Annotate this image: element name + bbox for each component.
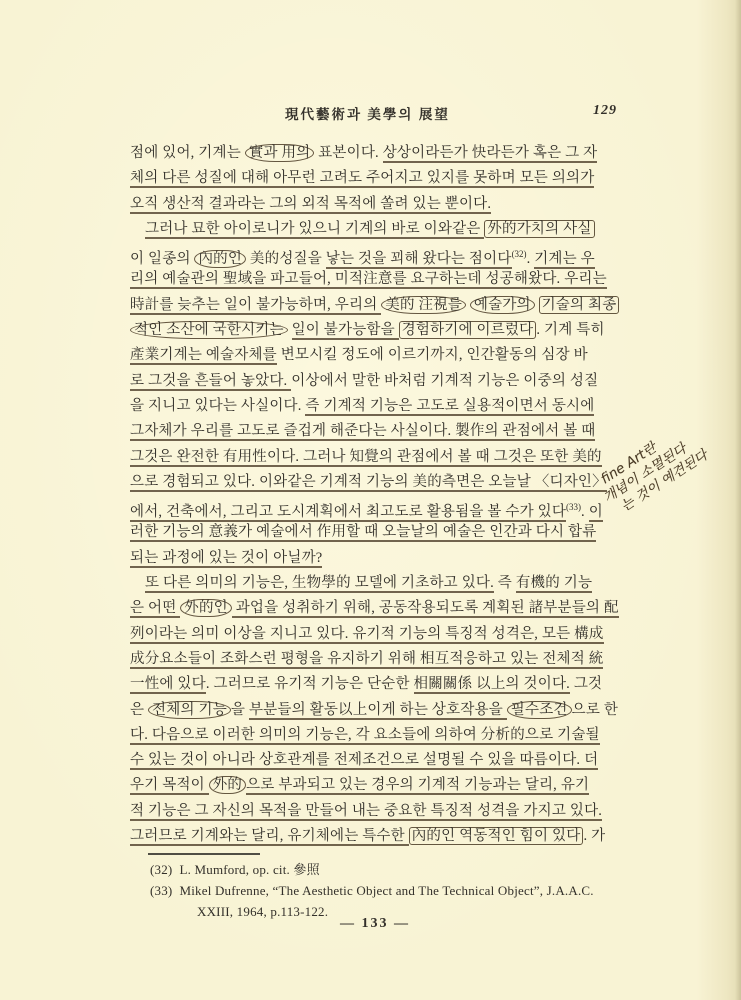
pen-boxed-text: 外的가치의 사실 — [484, 220, 594, 238]
footnote-divider — [148, 853, 260, 855]
pen-underlined-text: 즉 기계적 기능은 고도로 실용적이면서 동시에 — [305, 398, 594, 416]
pen-underlined-text: 일이 불가능함을 — [292, 322, 399, 340]
text-line: 時計를 늦추는 일이 불가능하며, 우리의 美的 注視를 예술가의 기술의 최종 — [130, 293, 622, 318]
footnote-label: (33) — [150, 883, 172, 898]
pen-underlined-text: 相關關係 以上의 것이다. — [414, 676, 571, 694]
text-segment: 즉 — [494, 575, 516, 591]
text-line: 이 일종의 內的인 美的성질을 낳는 것을 꾀해 왔다는 점이다(32). 기계… — [130, 242, 622, 267]
text-segment — [288, 322, 292, 338]
text-line: 一性에 있다. 그러므로 유기적 기능은 단순한 相關關係 以上의 것이다. 그… — [130, 672, 622, 697]
pen-underlined-text: 적 기능은 그 자신의 목적을 만들어 내는 중요한 특징적 성격을 가지고 있… — [130, 803, 602, 821]
pen-underlined-text: 時計를 늦추는 일이 불가능하며, 우리의 — [130, 297, 381, 315]
footnotes: (32)L. Mumford, op. cit. 參照(33)Mikel Duf… — [150, 859, 620, 922]
pen-underlined-text: 다. 다음으로 이러한 의미의 기능은, 각 요소들에 의하여 分析的으로 기술… — [130, 727, 600, 745]
pen-circled-text: 實과 用의 — [245, 144, 315, 162]
pen-underlined-text: 기계는 우 — [534, 251, 595, 269]
text-line: 체의 다른 성질에 대해 아무런 고려도 주어지고 있지를 못하며 모든 의의가 — [130, 166, 622, 191]
text-line: 리의 예술관의 聖域을 파고들어, 미적注意를 요구하는데 성공해왔다. 우리는 — [130, 267, 622, 292]
text-line: 에서, 건축에서, 그리고 도시계획에서 최고도로 활용됨을 볼 수가 있다(3… — [130, 495, 622, 520]
text-line: 되는 과정에 있는 것이 아닐까? — [130, 546, 622, 571]
text-line: 적 기능은 그 자신의 목적을 만들어 내는 중요한 특징적 성격을 가지고 있… — [130, 799, 622, 824]
text-segment: . 가 — [583, 828, 605, 844]
page-number-top: 129 — [593, 103, 617, 119]
pen-underlined-text: 그자체가 우리를 고도로 즐겁게 해준다는 사실이다. 製作의 관점에서 볼 때 — [130, 423, 595, 441]
footnote-item: (33)Mikel Dufrenne, “The Aesthetic Objec… — [150, 880, 620, 901]
text-line: 우기 목적이 外的으로 부과되고 있는 경우의 기계적 기능과는 달리, 유기 — [130, 773, 622, 798]
text-line: 產業기계는 예술자체를 변모시킬 정도에 이르기까지, 인간활동의 심장 바 — [130, 343, 622, 368]
pen-underlined-text: 리의 예술관의 聖域을 파고들어, 미적注意를 요구하는데 성공해왔다. 우리는 — [130, 271, 607, 289]
pen-underlined-text: 으로 부과되고 있는 경우의 기계적 기능과는 달리, 유기 — [246, 777, 589, 795]
pen-underlined-text: 으로 경험되고 있다. 이와같은 기계적 기능의 美的측면은 오늘날 〈디자인〉 — [130, 474, 607, 492]
pen-circled-text: 예술가의 — [470, 296, 535, 314]
footnote-ref: (32) — [512, 249, 527, 259]
footnote-item: (32)L. Mumford, op. cit. 參照 — [150, 859, 620, 880]
pen-boxed-text: 기술의 최종 — [539, 296, 620, 314]
pen-circled-text: 美的 注視를 — [381, 296, 466, 314]
pen-underlined-text: 러한 기능의 意義가 예술에서 作用할 때 오늘날의 예술은 인간과 다시 합류 — [130, 524, 596, 542]
pen-circled-text: 적인 소산에 국한시키는 — [130, 321, 288, 339]
body-text: 점에 있어, 기계는 實과 用의 표본이다. 상상이라든가 快라든가 혹은 그 … — [130, 141, 622, 849]
text-segment: . — [581, 504, 589, 520]
text-line: 그러나 묘한 아이로니가 있으니 기계의 바로 이와같은 外的가치의 사실 — [130, 217, 622, 242]
text-line: 그러므로 기계와는 달리, 유기체에는 특수한 內的인 역동적인 힘이 있다. … — [130, 824, 622, 849]
pen-underlined-text: 에서, 건축에서, 그리고 도시계획에서 최고도로 활용됨을 볼 수가 있다 — [130, 504, 566, 522]
pen-underlined-text: 상상이라든가 快라든가 혹은 그 자 — [383, 145, 598, 163]
text-segment: 표본이다. — [314, 145, 382, 161]
pen-underlined-text: 은 어떤 — [130, 600, 180, 618]
text-line: 점에 있어, 기계는 實과 用의 표본이다. 상상이라든가 快라든가 혹은 그 … — [130, 141, 622, 166]
footnote-text: L. Mumford, op. cit. 參照 — [179, 862, 319, 877]
pen-boxed-text: 경험하기에 이르렀다 — [399, 321, 537, 339]
text-line: 러한 기능의 意義가 예술에서 作用할 때 오늘날의 예술은 인간과 다시 합류 — [130, 520, 622, 545]
pen-underlined-text: 成分요소들이 조화스런 평형을 유지하기 위해 相互적응하고 있는 전체적 統 — [130, 651, 603, 669]
text-line: 은 전체의 기능을 부분들의 활동以上이게 하는 상호작용을 필수조건으로 한 — [130, 698, 622, 723]
text-line: 수 있는 것이 아니라 상호관계를 전제조건으로 설명될 수 있을 따름이다. … — [130, 748, 622, 773]
page-header: 現代藝術과 美學의 展望 129 — [130, 103, 617, 123]
text-line: 오직 생산적 결과라는 그의 외적 목적에 쏠려 있는 뿐이다. — [130, 192, 622, 217]
text-segment: . 기계 특히 — [536, 322, 604, 338]
text-line: 적인 소산에 국한시키는 일이 불가능함을 경험하기에 이르렀다. 기계 특히 — [130, 318, 622, 343]
text-line: 그자체가 우리를 고도로 즐겁게 해준다는 사실이다. 製作의 관점에서 볼 때 — [130, 419, 622, 444]
text-segment: . 그러므로 유기적 기능은 단순한 — [206, 676, 414, 692]
pen-circled-text: 內的인 — [194, 250, 246, 268]
text-segment: 그것 — [570, 676, 602, 692]
pen-underlined-text: 우기 목적이 — [130, 777, 209, 795]
pen-underlined-text: 그러나 묘한 아이로니가 있으니 기계의 바로 이와같은 — [145, 221, 484, 239]
scanned-page: 現代藝術과 美學의 展望 129 점에 있어, 기계는 實과 用의 표본이다. … — [0, 0, 741, 1000]
pen-underlined-text: 產業기계는 예술자체를 — [130, 347, 277, 365]
pen-underlined-text: 되는 과정에 있는 것이 아닐까? — [130, 550, 322, 568]
pen-underlined-text: 이 — [589, 504, 603, 522]
pen-underlined-text: 체의 다른 성질에 대해 아무런 고려도 주어지고 있지를 못하며 모든 의의가 — [130, 170, 594, 188]
text-line: 을 지니고 있다는 사실이다. 즉 기계적 기능은 고도로 실용적이면서 동시에 — [130, 394, 622, 419]
pen-underlined-text: 오직 생산적 결과라는 그의 외적 목적에 쏠려 있는 뿐이다. — [130, 196, 491, 214]
text-line: 그것은 완전한 有用性이다. 그러나 知覺의 관점에서 볼 때 그것은 또한 美… — [130, 445, 622, 470]
pen-circled-text: 外的인 — [180, 599, 232, 617]
text-segment: 으로 한 — [572, 702, 618, 718]
text-segment: 이 일종의 — [130, 251, 194, 267]
pen-underlined-text: 列이라는 의미 이상을 지니고 있다. 유기적 기능의 특징적 성격은, 모든 … — [130, 626, 604, 644]
footnote-ref: (33) — [566, 502, 581, 512]
pen-underlined-text: 과업을 성취하기 위해, 공동작용되도록 계획된 諸부분들의 配 — [232, 600, 619, 618]
pen-boxed-text: 內的인 역동적인 힘이 있다 — [409, 827, 584, 845]
text-segment: 을 — [231, 702, 249, 718]
pen-circled-text: 전체의 기능 — [148, 701, 231, 719]
pen-underlined-text: 수 있는 것이 아니라 상호관계를 전제조건으로 설명될 수 있을 따름이다. … — [130, 752, 598, 770]
text-line: 로 그것을 흔들어 놓았다. 이상에서 말한 바처럼 기계적 기능은 이중의 성… — [130, 369, 622, 394]
text-line: 또 다른 의미의 기능은, 生物學的 모델에 기초하고 있다. 즉 有機的 기능 — [130, 571, 622, 596]
footnote-text: Mikel Dufrenne, “The Aesthetic Object an… — [179, 883, 593, 898]
pen-circled-text: 外的 — [209, 776, 246, 794]
footnote-label: (32) — [150, 862, 172, 877]
text-line: 은 어떤 外的인 과업을 성취하기 위해, 공동작용되도록 계획된 諸부분들의 … — [130, 596, 622, 621]
text-segment: 변모시킬 정도에 이르기까지, 인간활동의 심장 바 — [277, 347, 588, 363]
text-segment: 을 지니고 있다는 사실이다. — [130, 398, 305, 414]
text-line: 列이라는 의미 이상을 지니고 있다. 유기적 기능의 특징적 성격은, 모든 … — [130, 622, 622, 647]
text-line: 成分요소들이 조화스런 평형을 유지하기 위해 相互적응하고 있는 전체적 統 — [130, 647, 622, 672]
pen-circled-text: 필수조건 — [507, 701, 572, 719]
pen-underlined-text: 낳는 것을 꾀해 왔다는 점이다 — [326, 251, 512, 269]
text-line: 다. 다음으로 이러한 의미의 기능은, 각 요소들에 의하여 分析的으로 기술… — [130, 723, 622, 748]
page-number-bottom: — 133 — — [295, 916, 455, 932]
pen-underlined-text: 부분들의 활동以上이게 하는 상호작용을 — [249, 702, 507, 720]
text-segment: 이상에서 말한 바처럼 기계적 기능은 이중의 성질 — [291, 373, 598, 389]
pen-underlined-text: 로 그것을 흔들어 놓았다. — [130, 373, 291, 391]
text-segment: 점에 있어, 기계는 — [130, 145, 245, 161]
pen-underlined-text: 一性에 있다 — [130, 676, 206, 694]
text-segment: 美的성질을 — [246, 251, 326, 267]
text-line: 으로 경험되고 있다. 이와같은 기계적 기능의 美的측면은 오늘날 〈디자인〉 — [130, 470, 622, 495]
pen-underlined-text: 그러므로 기계와는 달리, 유기체에는 특수한 — [130, 828, 409, 846]
pen-underlined-text: 有機的 기능 — [516, 575, 592, 593]
page-title: 現代藝術과 美學의 展望 — [285, 103, 450, 123]
pen-underlined-text: 그것은 완전한 有用性이다. 그러나 知覺의 관점에서 볼 때 그것은 또한 美… — [130, 449, 602, 467]
pen-underlined-text: 또 다른 의미의 기능은, 生物學的 모델에 기초하고 있다. — [145, 575, 494, 593]
text-segment: 은 — [130, 702, 148, 718]
text-segment — [535, 297, 539, 313]
